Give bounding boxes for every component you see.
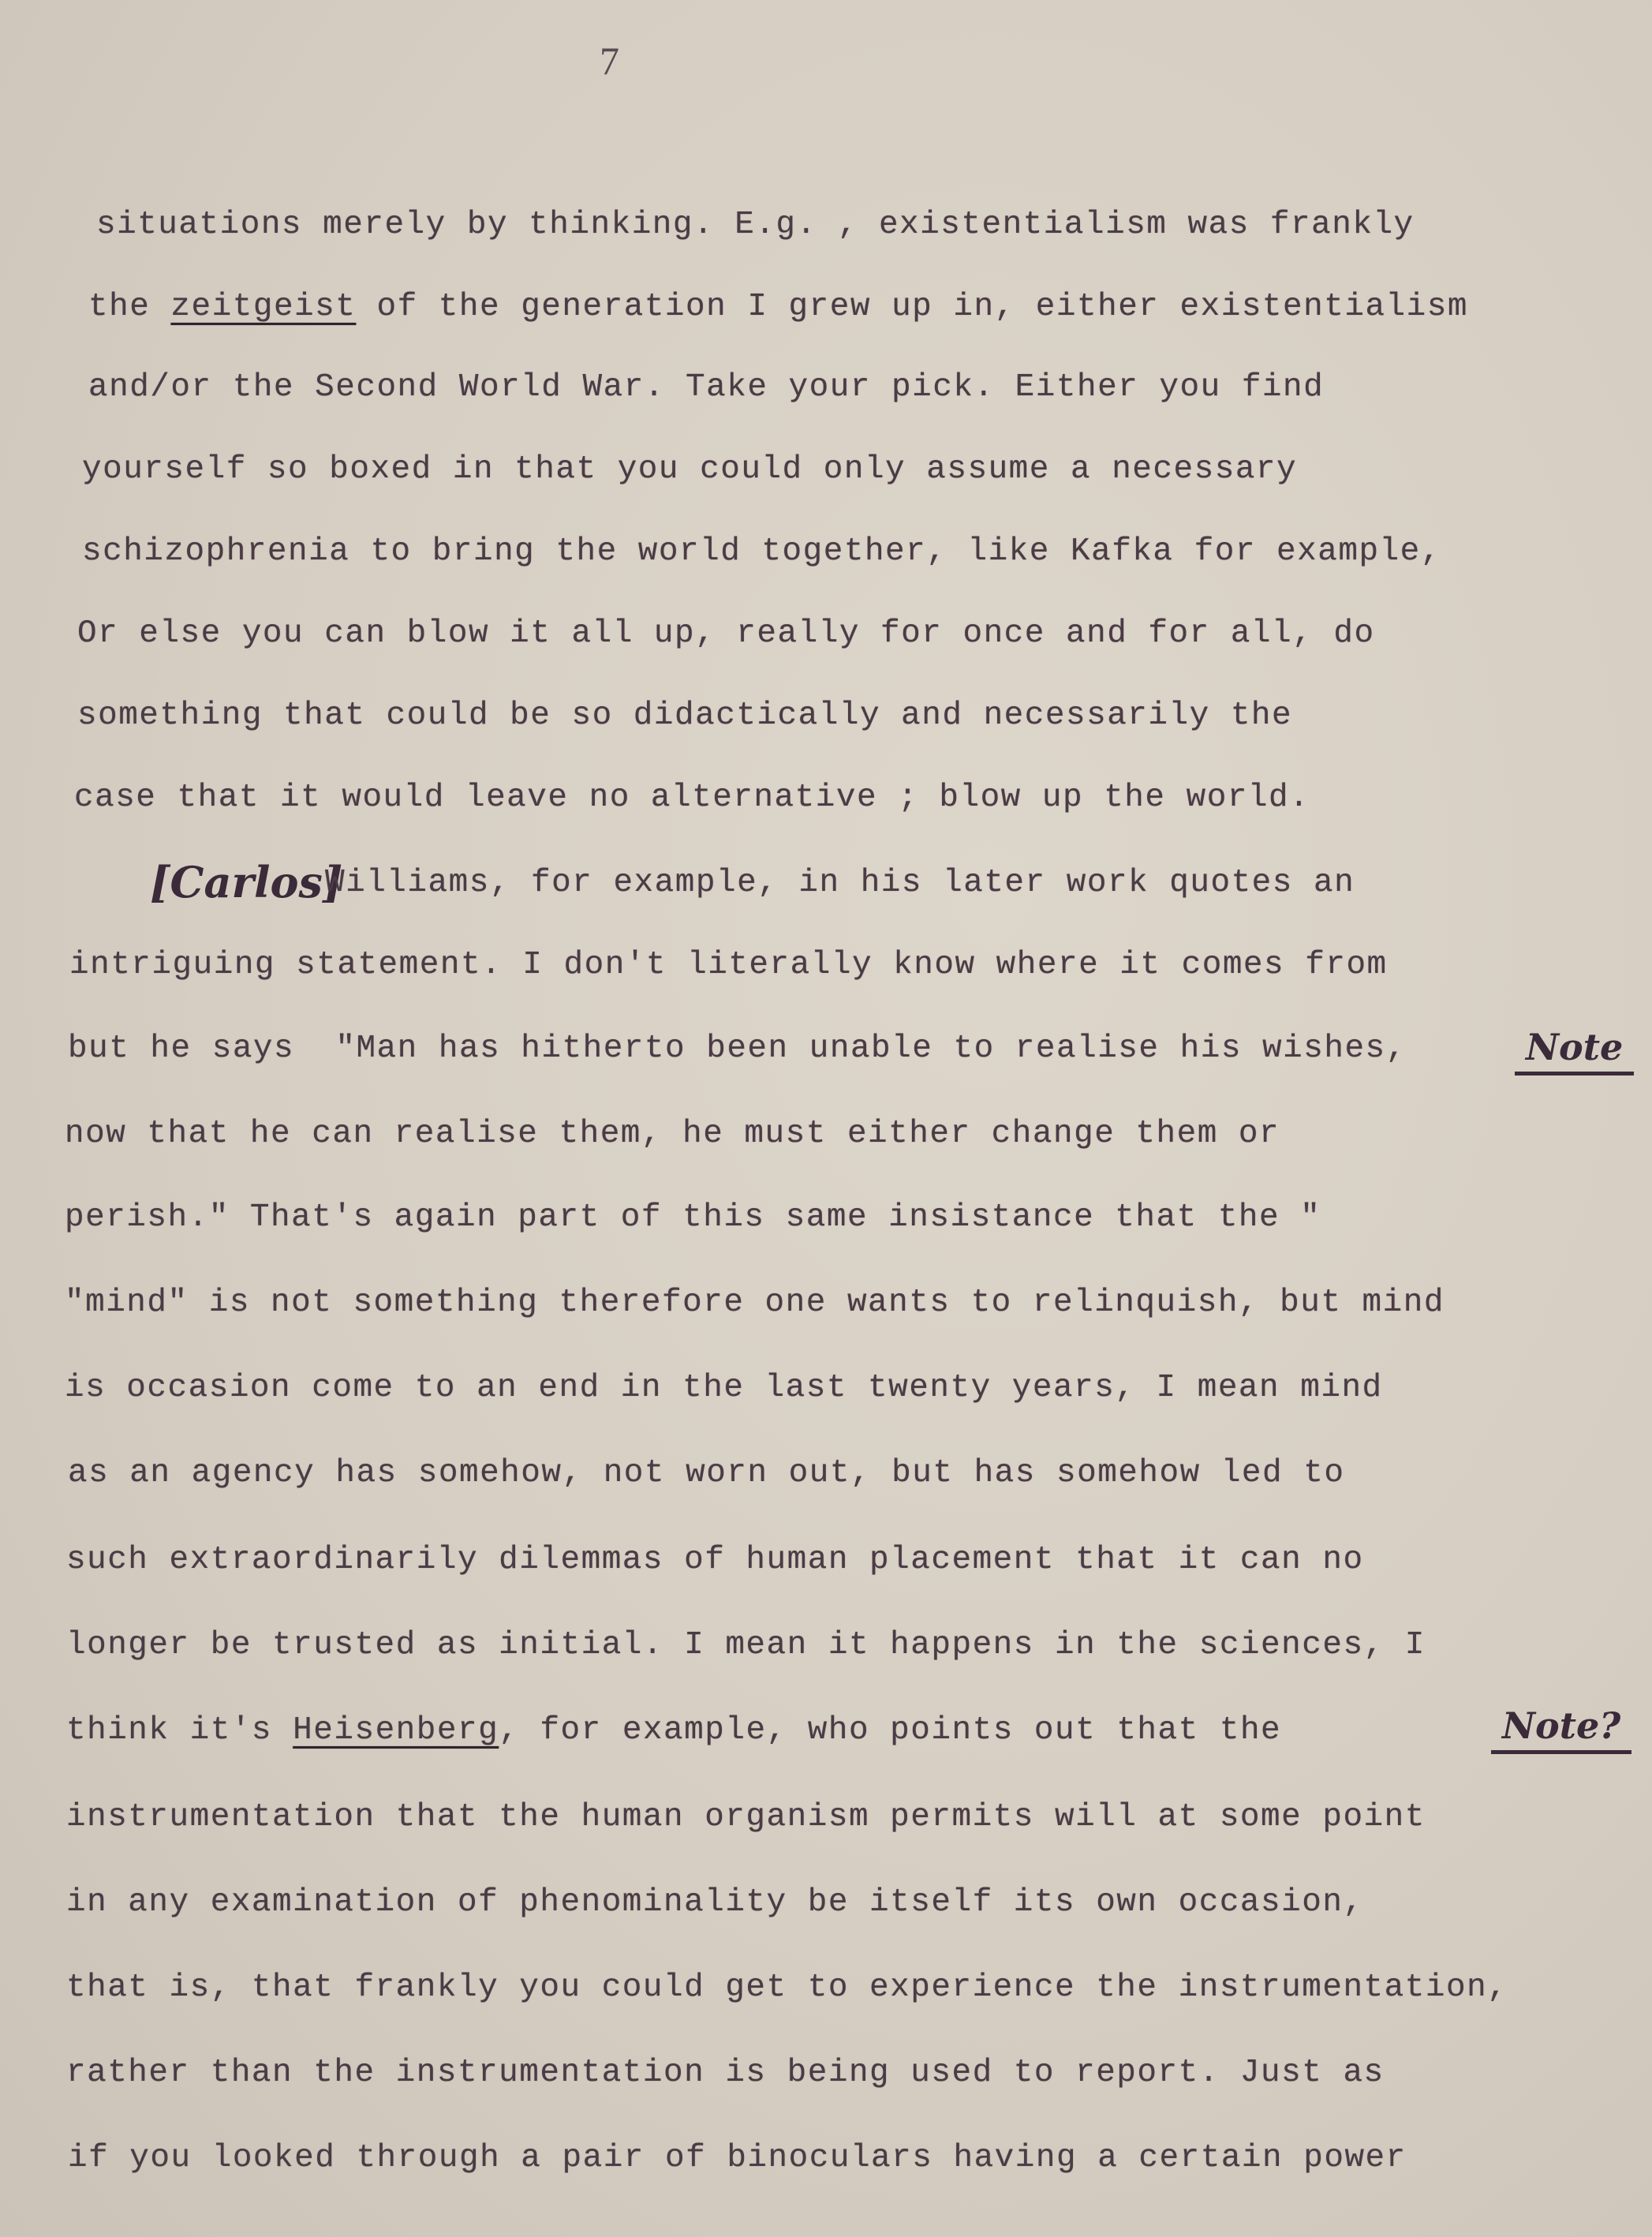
margin-note-note: Note — [1515, 1026, 1634, 1075]
underlined-word-heisenberg: Heisenberg — [293, 1712, 499, 1749]
text-line: now that he can realise them, he must ei… — [65, 1116, 1280, 1152]
text-line: as an agency has somehow, not worn out, … — [68, 1455, 1344, 1491]
text-line: Or else you can blow it all up, really f… — [77, 615, 1375, 652]
text-line: if you looked through a pair of binocula… — [68, 2140, 1407, 2176]
text-line: case that it would leave no alternative … — [74, 780, 1310, 816]
text-line: is occasion come to an end in the last t… — [65, 1370, 1383, 1406]
text-line: that is, that frankly you could get to e… — [66, 1970, 1508, 2006]
text-line: think it's Heisenberg, for example, who … — [66, 1712, 1281, 1749]
text-segment: think it's — [66, 1712, 293, 1749]
text-segment: the — [88, 289, 170, 325]
text-line: but he says "Man has hitherto been unabl… — [68, 1031, 1407, 1067]
text-line: intriguing statement. I don't literally … — [69, 947, 1388, 983]
text-line: and/or the Second World War. Take your p… — [88, 369, 1324, 406]
text-line: something that could be so didactically … — [77, 698, 1292, 734]
page-number: 7 — [600, 38, 619, 84]
text-segment: of the generation I grew up in, either e… — [356, 289, 1468, 325]
text-line: situations merely by thinking. E.g. , ex… — [96, 207, 1415, 243]
underlined-word-zeitgeist: zeitgeist — [170, 289, 356, 325]
text-line: instrumentation that the human organism … — [66, 1799, 1426, 1835]
text-line: longer be trusted as initial. I mean it … — [66, 1627, 1426, 1663]
text-line: the zeitgeist of the generation I grew u… — [88, 289, 1468, 325]
text-line: "mind" is not something therefore one wa… — [65, 1285, 1445, 1321]
text-line: schizophrenia to bring the world togethe… — [82, 533, 1441, 570]
text-line: in any examination of phenominality be i… — [66, 1884, 1364, 1921]
text-segment: , for example, who points out that the — [499, 1712, 1281, 1749]
text-line: rather than the instrumentation is being… — [66, 2055, 1385, 2091]
text-line: Williams, for example, in his later work… — [325, 865, 1355, 901]
text-line: perish." That's again part of this same … — [65, 1199, 1321, 1236]
handwritten-insert-carlos: [Carlos] — [150, 857, 342, 907]
text-line: yourself so boxed in that you could only… — [82, 451, 1297, 488]
text-line: such extraordinarily dilemmas of human p… — [66, 1542, 1364, 1578]
margin-note-note-question: Note? — [1491, 1704, 1631, 1754]
